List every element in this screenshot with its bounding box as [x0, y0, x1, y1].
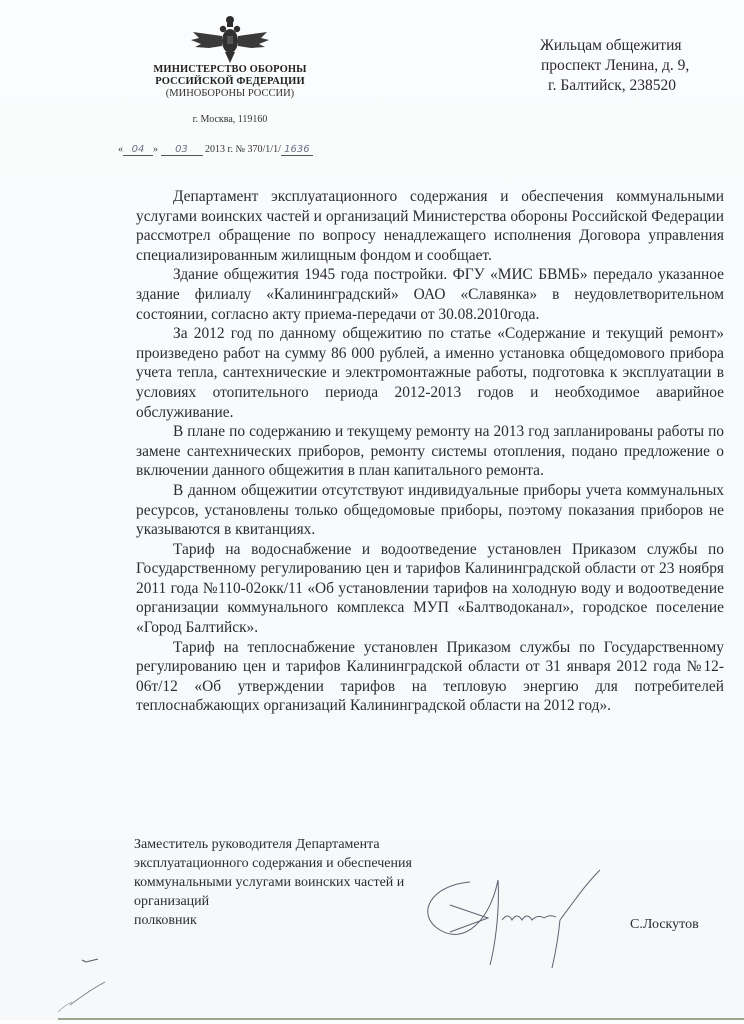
addressee-block: Жильцам общежития проспект Ленина, д. 9,… — [540, 36, 689, 96]
paragraph: В плане по содержанию и текущему ремонту… — [136, 422, 724, 481]
date-month: 03 — [161, 144, 203, 156]
document-date-number: «04» 03 2013 г. № 370/1/1/1636 — [118, 144, 313, 156]
scan-background — [0, 1020, 744, 1024]
paragraph: Тариф на водоснабжение и водоотведение у… — [136, 540, 724, 638]
ministry-name-line1: МИНИСТЕРСТВО ОБОРОНЫ — [130, 64, 330, 76]
double-headed-eagle-emblem-icon — [185, 14, 275, 64]
paragraph: Тариф на теплоснабжение установлен Прика… — [136, 638, 724, 716]
ministry-name-line2: РОССИЙСКОЙ ФЕДЕРАЦИИ — [130, 76, 330, 88]
signatory-title-line: организаций — [134, 892, 412, 911]
date-year-number-text: 2013 г. № 370/1/1/ — [205, 144, 281, 155]
addressee-line1: Жильцам общежития — [540, 36, 689, 56]
signatory-title-line: эксплуатационного содержания и обеспечен… — [134, 854, 412, 873]
ministry-city: г. Москва, 119160 — [130, 114, 330, 125]
letterhead: МИНИСТЕРСТВО ОБОРОНЫ РОССИЙСКОЙ ФЕДЕРАЦИ… — [130, 14, 330, 125]
paragraph: За 2012 год по данному общежитию по стат… — [136, 324, 724, 422]
letter-body: Департамент эксплуатационного содержания… — [136, 187, 724, 716]
signatory-title: Заместитель руководителя Департамента эк… — [134, 835, 412, 930]
signatory-title-line: коммунальными услугами воинских частей и — [134, 873, 412, 892]
signatory-title-line: Заместитель руководителя Департамента — [134, 835, 412, 854]
paragraph: В данном общежитии отсутствуют индивидуа… — [136, 481, 724, 540]
signatory-name: С.Лоскутов — [630, 917, 699, 933]
signatory-rank: полковник — [134, 911, 412, 930]
handwritten-signature-icon — [410, 860, 610, 970]
date-close-quote: » — [153, 144, 158, 155]
paragraph: Здание общежития 1945 года постройки. ФГ… — [136, 265, 724, 324]
outgoing-number: 1636 — [281, 144, 313, 156]
addressee-line2: проспект Ленина, д. 9, — [540, 56, 689, 76]
paragraph: Департамент эксплуатационного содержания… — [136, 187, 724, 265]
pen-marks-icon — [50, 950, 130, 1020]
date-day: 04 — [123, 144, 153, 156]
ministry-short-name: (МИНОБОРОНЫ РОССИИ) — [130, 88, 330, 100]
addressee-line3: г. Балтийск, 238520 — [540, 76, 689, 96]
